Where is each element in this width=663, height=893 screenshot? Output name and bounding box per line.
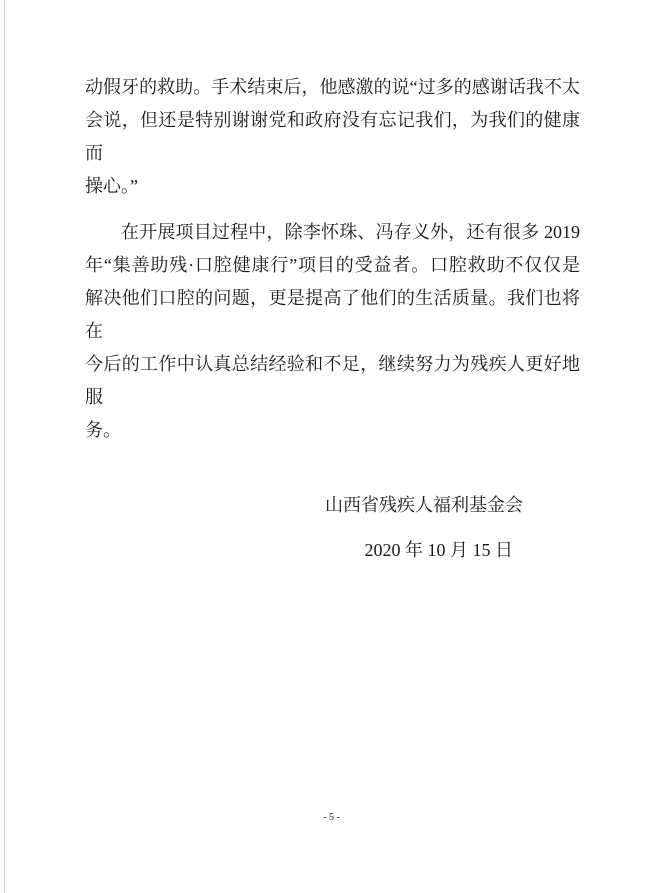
page-edge-line bbox=[4, 0, 5, 893]
document-page: 动假牙的救助。手术结束后，他感激的说“过多的感谢话我不太 会说，但还是特别谢谢党… bbox=[0, 0, 663, 893]
signature-line: 山西省残疾人福利基金会 bbox=[85, 489, 580, 522]
text-line: 解决他们口腔的问题，更是提高了他们的生活质量。我们也将在 bbox=[85, 282, 580, 348]
text-line: 务。 bbox=[85, 414, 580, 447]
text-line: 会说，但还是特别谢谢党和政府没有忘记我们，为我们的健康而 bbox=[85, 104, 580, 170]
text-line: 操心。” bbox=[85, 170, 580, 203]
text-line: 动假牙的救助。手术结束后，他感激的说“过多的感谢话我不太 bbox=[85, 71, 580, 104]
document-body: 动假牙的救助。手术结束后，他感激的说“过多的感谢话我不太 会说，但还是特别谢谢党… bbox=[85, 71, 580, 567]
date-line: 2020 年 10 月 15 日 bbox=[85, 534, 580, 567]
paragraph: 在开展项目过程中，除李怀珠、冯存义外，还有很多 2019 年“集善助残·口腔健康… bbox=[85, 216, 580, 447]
text-line: 年“集善助残·口腔健康行”项目的受益者。口腔救助不仅仅是 bbox=[85, 249, 580, 282]
paragraph: 动假牙的救助。手术结束后，他感激的说“过多的感谢话我不太 会说，但还是特别谢谢党… bbox=[85, 71, 580, 203]
text-line: 今后的工作中认真总结经验和不足，继续努力为残疾人更好地服 bbox=[85, 348, 580, 414]
text-line: 在开展项目过程中，除李怀珠、冯存义外，还有很多 2019 bbox=[85, 216, 580, 249]
page-number: - 5 - bbox=[0, 812, 663, 823]
